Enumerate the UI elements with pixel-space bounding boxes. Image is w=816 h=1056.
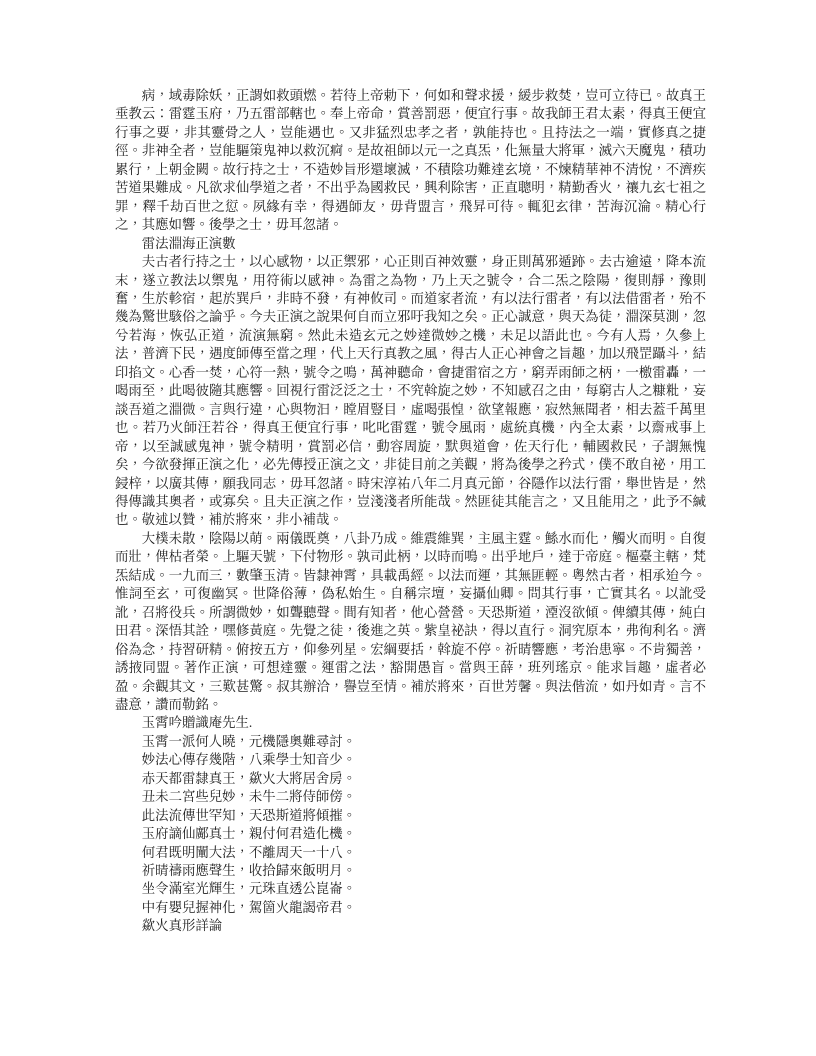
section-heading-leifa-yuanhai: 雷法淵海正演數	[115, 235, 706, 253]
body-paragraph-intro: 病，域毒除妖，正謂如救頭燃。若待上帝勅下，何如和聲求援，緩步救焚，豈可立待已。故…	[115, 87, 706, 235]
poem-line: 坐令滿室光輝生，元珠直透公崑崙。	[115, 880, 706, 898]
poem-line: 此法流傳世罕知，天恐斯道將傾摧。	[115, 807, 706, 825]
body-paragraph-main: 夫古者行持之士，以心感物，以正禦邪，心正則百神效靈，身正則萬邪遁跡。去古逾遠，降…	[115, 253, 706, 530]
poem-line: 玉府謫仙鄺真士，親付何君造化機。	[115, 825, 706, 843]
poem-line: 赤天都雷隸真王，歘火大將居舍房。	[115, 770, 706, 788]
poem-line: 妙法心傳存幾階，八乘學士知音少。	[115, 751, 706, 769]
body-paragraph-eulogy: 大樸未散，陰陽以萌。兩儀既奠，八卦乃成。維震維巽，主風主霆。鯀水而化，觸火而明。…	[115, 530, 706, 715]
chapter-heading-xuhuo-zhenxing: 歘火真形詳論	[115, 917, 706, 935]
poem-yuxiao-yin: 玉霄一派何人曉，元機隱奧難尋討。 妙法心傳存幾階，八乘學士知音少。 赤天都雷隸真…	[115, 733, 706, 918]
poem-line: 祈晴禱雨應聲生，收拾歸來飯明月。	[115, 862, 706, 880]
poem-title-yuxiao-yin: 玉霄吟贈識庵先生.	[115, 714, 706, 732]
poem-line: 何君既明闡大法，不離周天一十八。	[115, 844, 706, 862]
poem-line: 中有嬰兒握神化，駕箇火龍謁帝君。	[115, 899, 706, 917]
poem-line: 玉霄一派何人曉，元機隱奧難尋討。	[115, 733, 706, 751]
poem-line: 丑未二宮些兒妙，未牛二將侍師傍。	[115, 788, 706, 806]
document-page: 病，域毒除妖，正謂如救頭燃。若待上帝勅下，何如和聲求援，緩步救焚，豈可立待已。故…	[0, 0, 816, 1056]
